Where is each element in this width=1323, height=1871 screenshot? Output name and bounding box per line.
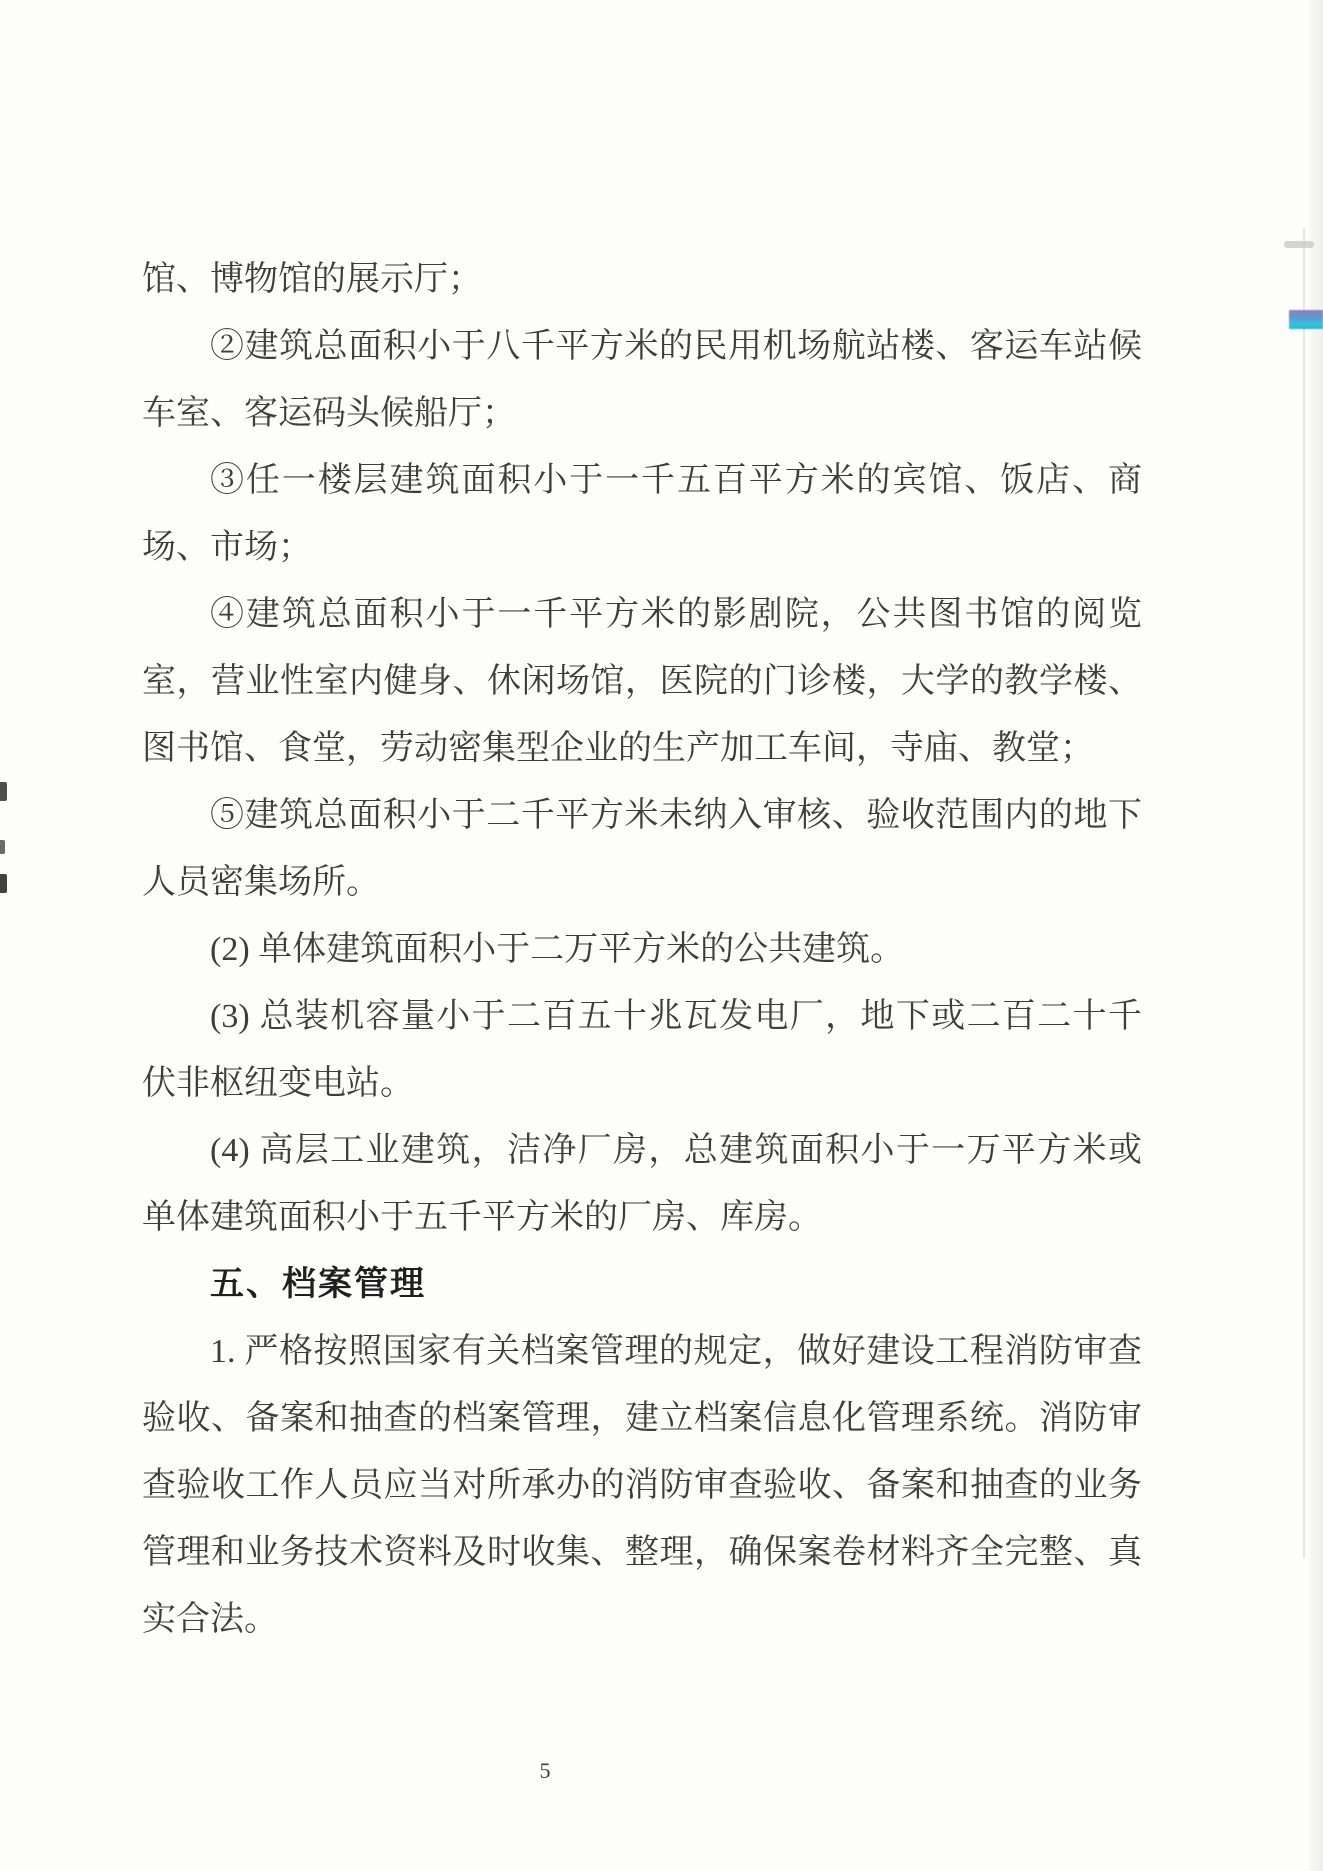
- paragraph-item-4: ④建筑总面积小于一千平方米的影剧院，公共图书馆的阅览室，营业性室内健身、休闲场馆…: [142, 581, 1142, 782]
- blue-ink-mark-artifact: [1289, 310, 1323, 329]
- paragraph-item-(3): (3) 总装机容量小于二百五十兆瓦发电厂，地下或二百二十千伏非枢纽变电站。: [142, 983, 1142, 1117]
- paragraph-item-5: ⑤建筑总面积小于二千平方米未纳入审核、验收范围内的地下人员密集场所。: [142, 782, 1142, 916]
- paragraph-item-3: ③任一楼层建筑面积小于一千五百平方米的宾馆、饭店、商场、市场；: [142, 447, 1142, 581]
- page-number: 5: [500, 1758, 590, 1784]
- scanned-document-page: 馆、博物馆的展示厅； ②建筑总面积小于八千平方米的民用机场航站楼、客运车站候车室…: [0, 0, 1323, 1871]
- scan-edge-shadow: [1309, 0, 1323, 1871]
- paragraph-item-(2): (2) 单体建筑面积小于二万平方米的公共建筑。: [142, 916, 1142, 983]
- section-heading-archives-management: 五、档案管理: [142, 1251, 1142, 1318]
- left-edge-mark-artifact: [0, 874, 7, 893]
- left-edge-mark-artifact: [0, 840, 5, 854]
- paragraph-continuation: 馆、博物馆的展示厅；: [142, 246, 1142, 313]
- paragraph-item-2: ②建筑总面积小于八千平方米的民用机场航站楼、客运车站候车室、客运码头候船厅；: [142, 313, 1142, 447]
- paragraph-item-(4): (4) 高层工业建筑，洁净厂房，总建筑面积小于一万平方米或单体建筑面积小于五千平…: [142, 1117, 1142, 1251]
- left-edge-mark-artifact: [0, 782, 7, 801]
- document-body: 馆、博物馆的展示厅； ②建筑总面积小于八千平方米的民用机场航站楼、客运车站候车室…: [142, 246, 1142, 1653]
- scan-smudge-artifact: [1284, 241, 1314, 248]
- scan-line-artifact: [1303, 228, 1305, 1558]
- paragraph-archives-rule-1: 1. 严格按照国家有关档案管理的规定，做好建设工程消防审查验收、备案和抽查的档案…: [142, 1318, 1142, 1653]
